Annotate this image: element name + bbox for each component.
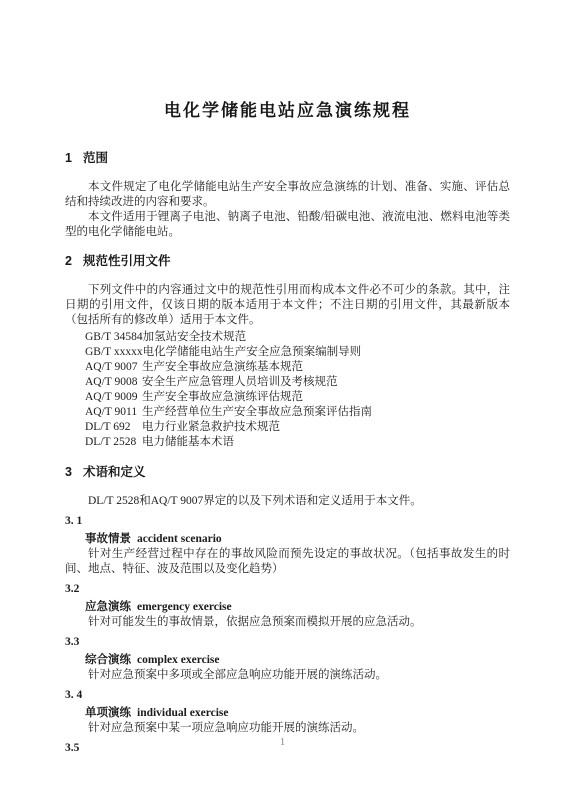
section-title: 范围: [83, 151, 108, 165]
reference-code: GB/T 34584: [85, 330, 143, 345]
reference-code: AQ/T 9009: [85, 390, 142, 405]
term-definition: 针对应急预案中某一项应急响应功能开展的演练活动。: [65, 721, 510, 736]
section-number: 1: [65, 150, 72, 166]
section-heading-terms: 3术语和定义: [65, 464, 510, 480]
reference-title: 加氢站安全技术规范: [143, 331, 247, 343]
reference-title: 生产安全事故应急演练评估规范: [142, 391, 303, 403]
reference-item: DL/T 2528电力储能基本术语: [85, 435, 510, 450]
reference-title: 电力储能基本术语: [142, 436, 234, 448]
section-title: 规范性引用文件: [83, 254, 171, 268]
document-title: 电化学储能电站应急演练规程: [65, 98, 510, 124]
scope-paragraph-2: 本文件适用于锂离子电池、钠离子电池、铅酸/铅碳电池、液流电池、燃料电池等类型的电…: [65, 210, 510, 240]
references-intro: 下列文件中的内容通过文中的规范性引用而构成本文件必不可少的条款。其中，注日期的引…: [65, 283, 510, 328]
reference-item: AQ/T 9008安全生产应急管理人员培训及考核规范: [85, 375, 510, 390]
section-heading-scope: 1范围: [65, 150, 510, 166]
reference-item: AQ/T 9007生产安全事故应急演练基本规范: [85, 360, 510, 375]
section-heading-references: 2规范性引用文件: [65, 253, 510, 269]
term-name: 应急演练emergency exercise: [85, 600, 510, 615]
reference-code: AQ/T 9007: [85, 360, 142, 375]
page-number: 1: [0, 736, 565, 748]
term-number: 3. 1: [65, 514, 510, 529]
term-name: 综合演练complex exercise: [85, 653, 510, 668]
reference-item: GB/T xxxxx电化学储能电站生产安全应急预案编制导则: [85, 345, 510, 360]
section-number: 2: [65, 253, 72, 269]
reference-code: AQ/T 9008: [85, 375, 142, 390]
section-title: 术语和定义: [83, 465, 146, 479]
scope-paragraph-1: 本文件规定了电化学储能电站生产安全事故应急演练的计划、准备、实施、评估总结和持续…: [65, 180, 510, 210]
reference-item: AQ/T 9011生产经营单位生产安全事故应急预案评估指南: [85, 405, 510, 420]
terms-intro: DL/T 2528和AQ/T 9007界定的以及下列术语和定义适用于本文件。: [65, 494, 510, 509]
term-name-zh: 单项演练: [85, 707, 131, 719]
term-definition: 针对应急预案中多项或全部应急响应功能开展的演练活动。: [65, 668, 510, 683]
reference-title: 电力行业紧急救护技术规范: [142, 421, 280, 433]
reference-title: 生产安全事故应急演练基本规范: [142, 361, 303, 373]
page-content: 电化学储能电站应急演练规程 1范围 本文件规定了电化学储能电站生产安全事故应急演…: [0, 0, 565, 756]
reference-code: DL/T 2528: [85, 435, 142, 450]
term-name-en: accident scenario: [137, 533, 222, 545]
reference-code: AQ/T 9011: [85, 405, 142, 420]
term-name: 单项演练individual exercise: [85, 706, 510, 721]
terms-list: 3. 1 事故情景accident scenario 针对生产经营过程中存在的事…: [65, 514, 510, 756]
term-name-zh: 应急演练: [85, 601, 131, 613]
term-name-en: individual exercise: [137, 707, 228, 719]
section-number: 3: [65, 464, 72, 480]
reference-item: DL/T 692电力行业紧急救护技术规范: [85, 420, 510, 435]
reference-code: DL/T 692: [85, 420, 142, 435]
reference-title: 安全生产应急管理人员培训及考核规范: [142, 376, 338, 388]
reference-code: GB/T xxxxx: [85, 345, 143, 360]
term-definition: 针对可能发生的事故情景，依据应急预案而模拟开展的应急活动。: [65, 615, 510, 630]
reference-list: GB/T 34584加氢站安全技术规范 GB/T xxxxx电化学储能电站生产安…: [65, 330, 510, 450]
reference-title: 电化学储能电站生产安全应急预案编制导则: [143, 346, 362, 358]
term-number: 3.2: [65, 582, 510, 597]
term-number: 3. 4: [65, 688, 510, 703]
term-name-zh: 综合演练: [85, 654, 131, 666]
term-definition: 针对生产经营过程中存在的事故风险而预先设定的事故状况。（包括事故发生的时间、地点…: [65, 547, 510, 577]
term-name-en: complex exercise: [137, 654, 220, 666]
document-page: 电化学储能电站应急演练规程 1范围 本文件规定了电化学储能电站生产安全事故应急演…: [0, 0, 565, 800]
term-name: 事故情景accident scenario: [85, 532, 510, 547]
reference-item: GB/T 34584加氢站安全技术规范: [85, 330, 510, 345]
reference-title: 生产经营单位生产安全事故应急预案评估指南: [142, 406, 372, 418]
term-name-en: emergency exercise: [137, 601, 232, 613]
term-number: 3.3: [65, 635, 510, 650]
reference-item: AQ/T 9009生产安全事故应急演练评估规范: [85, 390, 510, 405]
term-name-zh: 事故情景: [85, 533, 131, 545]
